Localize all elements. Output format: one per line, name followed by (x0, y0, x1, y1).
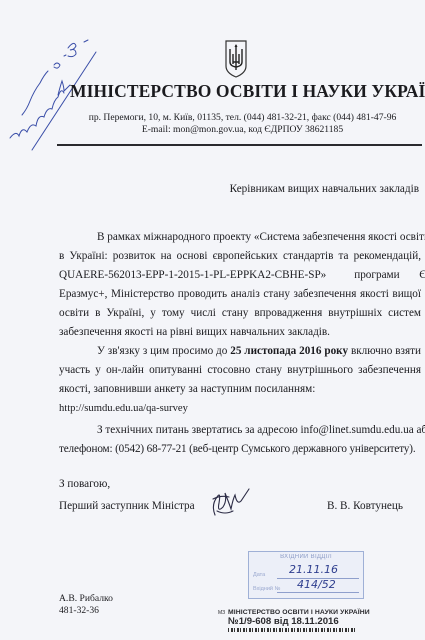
incoming-stamp: ВХІДНИЙ ВІДДІЛ Дата 21.11.16 Вхідний № 4… (248, 551, 364, 599)
registration-number: №1/9-608 від 18.11.2016 (228, 616, 370, 627)
body-line: участь у он-лайн опитуванні стосовно ста… (59, 361, 421, 380)
stamp-date-label: Дата (253, 572, 265, 578)
body-line: У зв'язку з цим просимо до 25 листопада … (59, 342, 421, 361)
paragraph-contacts: З технічних питань звертатись за адресою… (59, 421, 421, 459)
ministry-title: МІНІСТЕРСТВО ОСВІТИ І НАУКИ УКРАЇНИ (70, 81, 425, 102)
body-line: З технічних питань звертатись за адресою… (59, 421, 421, 440)
signatory-position: Перший заступник Міністра (59, 500, 195, 512)
body-line: в Україні: розвиток на основі європейськ… (59, 247, 421, 266)
address-line: пр. Перемоги, 10, м. Київ, 01135, тел. (… (60, 112, 425, 123)
executor-name: А.В. Рибалко (59, 593, 113, 604)
body-line: якості, заповнивши анкету за наступним п… (59, 380, 421, 399)
paragraph-request: У зв'язку з цим просимо до 25 листопада … (59, 342, 421, 418)
registration-stamp: МЗ МІНІСТЕРСТВО ОСВІТИ І НАУКИ УКРАЇНИ №… (228, 609, 370, 632)
signatory-name: В. В. Ковтунець (327, 500, 403, 512)
stamp-number: 414/52 (297, 578, 336, 591)
executor-phone: 481-32-36 (59, 605, 99, 616)
body-line: освіти в Україні, у тому числі стану впр… (59, 304, 421, 323)
signature-icon (207, 485, 251, 519)
stamp-header: ВХІДНИЙ ВІДДІЛ (251, 554, 361, 563)
body-line: В рамках міжнародного проекту «Система з… (59, 228, 421, 247)
body-line: телефоном: (0542) 68-77-21 (веб-центр Су… (59, 440, 421, 459)
registration-organization: МІНІСТЕРСТВО ОСВІТИ І НАУКИ УКРАЇНИ (228, 609, 370, 616)
stamp-date: 21.11.16 (289, 563, 338, 576)
paragraph-project: В рамках міжнародного проекту «Система з… (59, 228, 421, 342)
body-line: Еразмус+, Міністерство проводить аналіз … (59, 285, 421, 304)
coat-of-arms-icon (224, 40, 248, 78)
registration-prefix: МЗ (218, 610, 225, 616)
salutation: З повагою, (59, 478, 110, 490)
body-line: забезпечення якості на рівні вищих навча… (59, 323, 421, 342)
header-divider (57, 144, 422, 146)
recipient: Керівникам вищих навчальних закладів (230, 183, 419, 195)
deadline: 25 листопада 2016 року (230, 345, 348, 357)
body-line: QUAERE-562013-EPP-1-2015-1-PL-EPPKA2-CBH… (59, 266, 421, 285)
contact-line: E-mail: mon@mon.gov.ua, код ЄДРПОУ 38621… (60, 124, 425, 135)
survey-link[interactable]: http://sumdu.edu.ua/qa-survey (59, 399, 421, 418)
barcode (228, 628, 356, 632)
